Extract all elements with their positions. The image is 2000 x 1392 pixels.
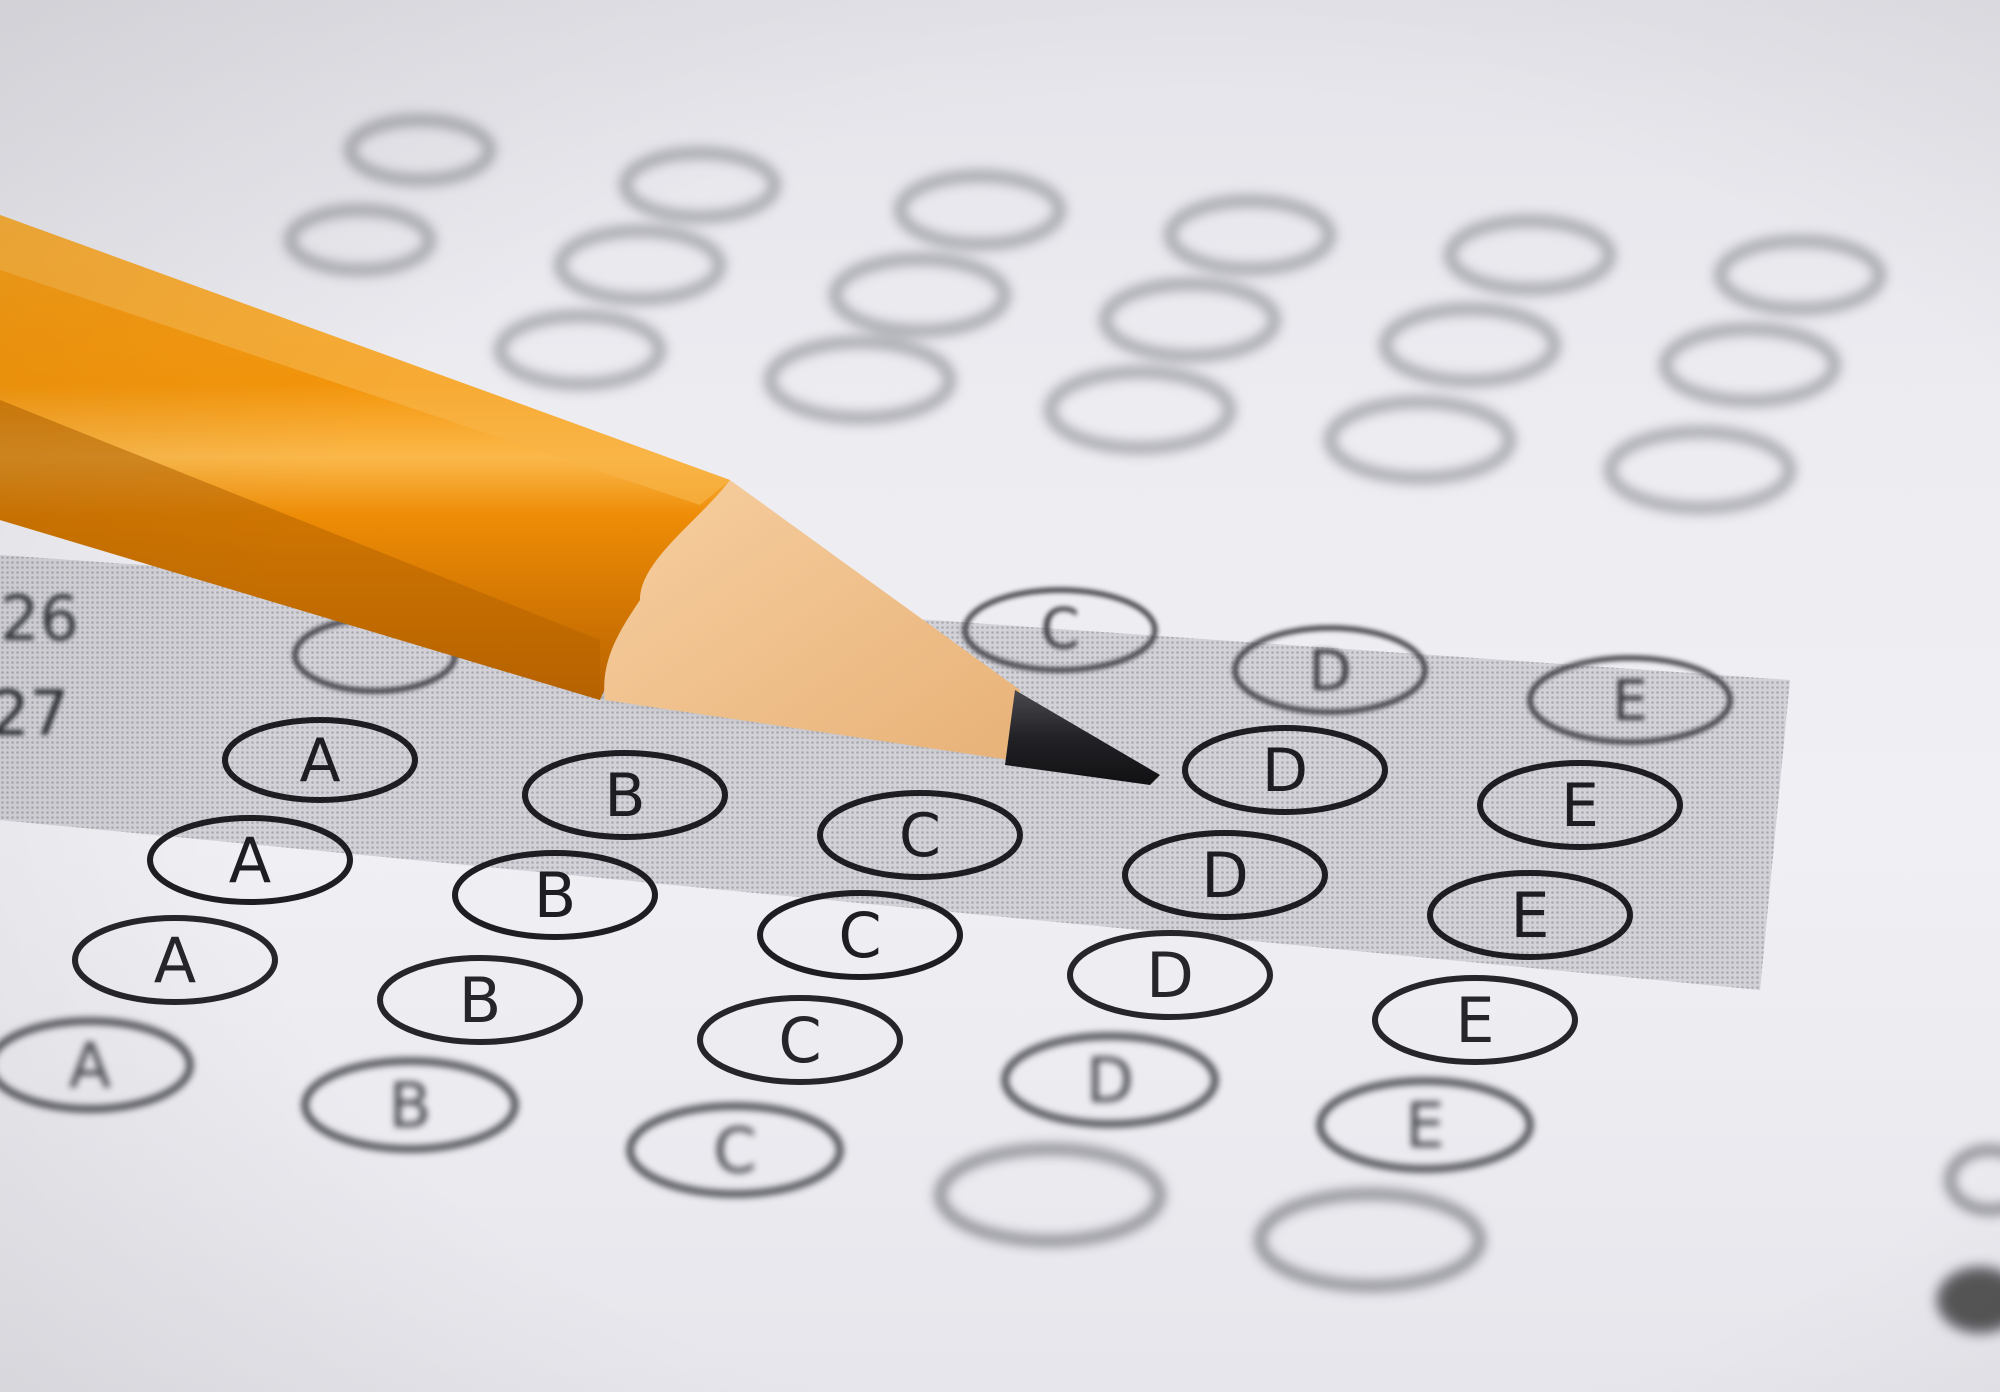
answer-sheet-photo: C D E 26 27 A B D E C <box>0 0 2000 1392</box>
photo-scene: C D E 26 27 A B D E C <box>0 0 2000 1392</box>
